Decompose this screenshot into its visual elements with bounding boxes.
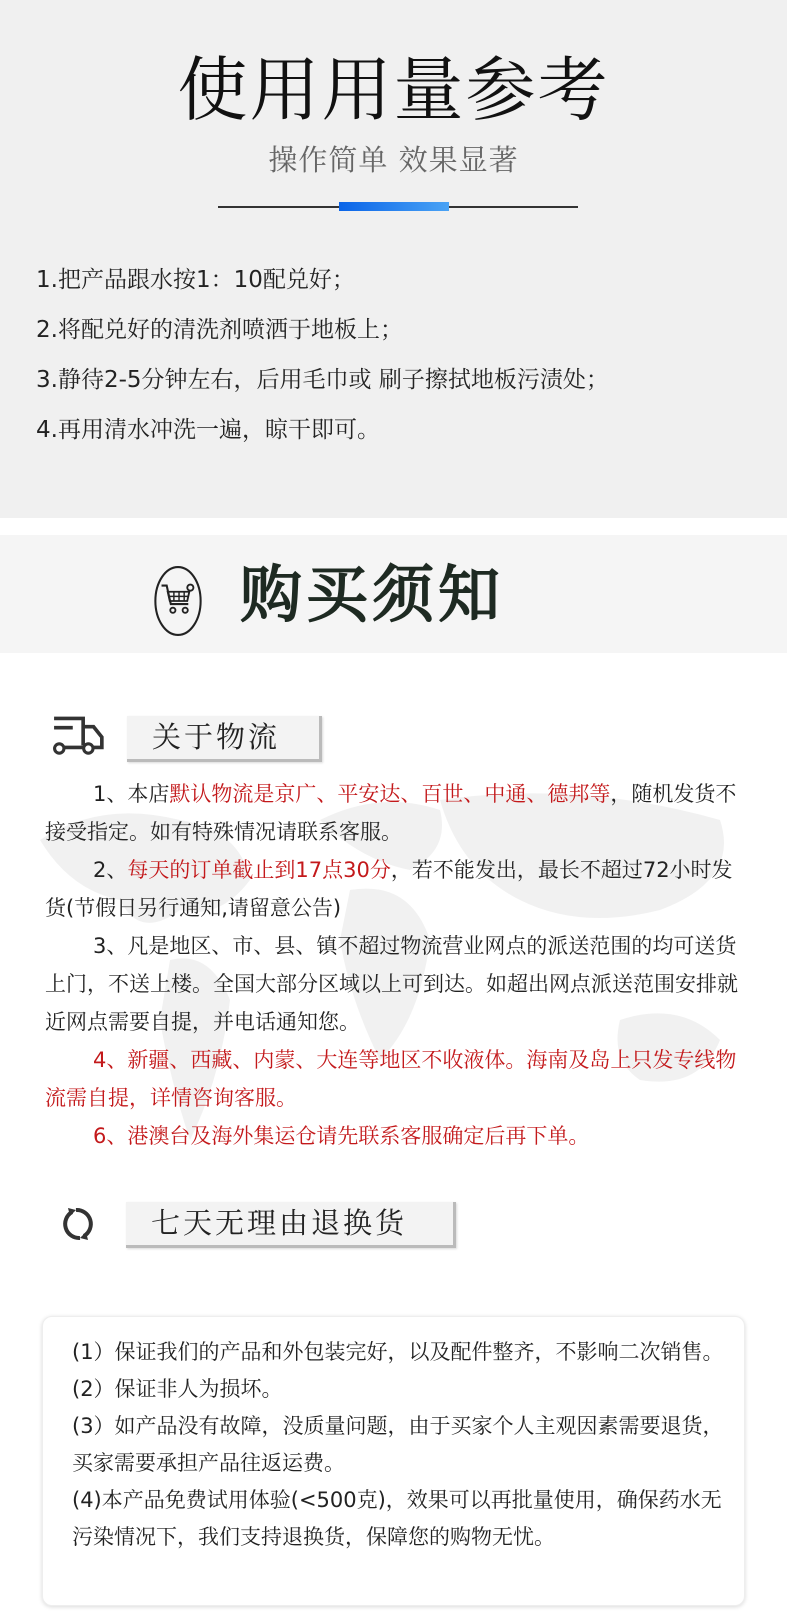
usage-subtitle: 操作简单 效果显著 (0, 140, 787, 180)
returns-content: (1）保证我们的产品和外包装完好，以及配件整齐，不影响二次销售。 (2）保证非人… (72, 1326, 732, 1556)
usage-step: 1.把产品跟水按1：10配兑好； (36, 255, 766, 305)
logistics-header-label: 关于物流 (127, 716, 322, 762)
returns-header: 七天无理由退换货 (58, 1202, 458, 1242)
logistics-item-1: 1、本店默认物流是京广、平安达、百世、中通、德邦等，随机发货不接受指定。如有特殊… (45, 775, 745, 851)
returns-item: (3）如产品没有故障，没质量问题，由于买家个人主观因素需要退货，买家需要承担产品… (72, 1408, 732, 1482)
logistics-item-4: 4、新疆、西藏、内蒙、大连等地区不收液体。海南及岛上只发专线物流需自提，详情咨询… (45, 1041, 745, 1117)
logistics-item-3: 3、凡是地区、市、县、镇不超过物流营业网点的派送范围的均可送货上门，不送上楼。全… (45, 927, 745, 1041)
logistics-item-6: 6、港澳台及海外集运仓请先联系客服确定后再下单。 (45, 1117, 745, 1155)
shopping-cart-icon (153, 565, 203, 637)
title-divider-accent (339, 202, 449, 211)
logistics-item-2-highlight: 每天的订单截止到17点30分 (127, 858, 390, 882)
usage-section: 使用用量参考 操作简单 效果显著 1.把产品跟水按1：10配兑好； 2.将配兑好… (0, 0, 787, 518)
usage-title: 使用用量参考 (0, 40, 787, 140)
returns-item: (1）保证我们的产品和外包装完好，以及配件整齐，不影响二次销售。 (72, 1334, 732, 1371)
usage-step: 4.再用清水冲洗一遍，晾干即可。 (36, 405, 766, 455)
logistics-item-2: 2、每天的订单截止到17点30分，若不能发出，最长不超过72小时发货(节假日另行… (45, 851, 745, 927)
returns-item: (2）保证非人为损坏。 (72, 1371, 732, 1408)
purchase-title: 购买须知 (240, 550, 504, 640)
logistics-content: 1、本店默认物流是京广、平安达、百世、中通、德邦等，随机发货不接受指定。如有特殊… (45, 770, 745, 1155)
returns-header-label: 七天无理由退换货 (126, 1202, 456, 1248)
logistics-item-1-highlight: 默认物流是京广、平安达、百世、中通、德邦等 (169, 782, 610, 806)
delivery-truck-icon (52, 714, 106, 756)
usage-steps: 1.把产品跟水按1：10配兑好； 2.将配兑好的清洗剂喷洒于地板上； 3.静待2… (36, 255, 766, 455)
returns-item: (4)本产品免费试用体验(<500克)，效果可以再批量使用，确保药水无污染情况下… (72, 1482, 732, 1556)
logistics-header: 关于物流 (52, 715, 322, 755)
refresh-icon (58, 1204, 98, 1244)
usage-step: 2.将配兑好的清洗剂喷洒于地板上； (36, 305, 766, 355)
usage-step: 3.静待2-5分钟左右，后用毛巾或 刷子擦拭地板污渍处； (36, 355, 766, 405)
